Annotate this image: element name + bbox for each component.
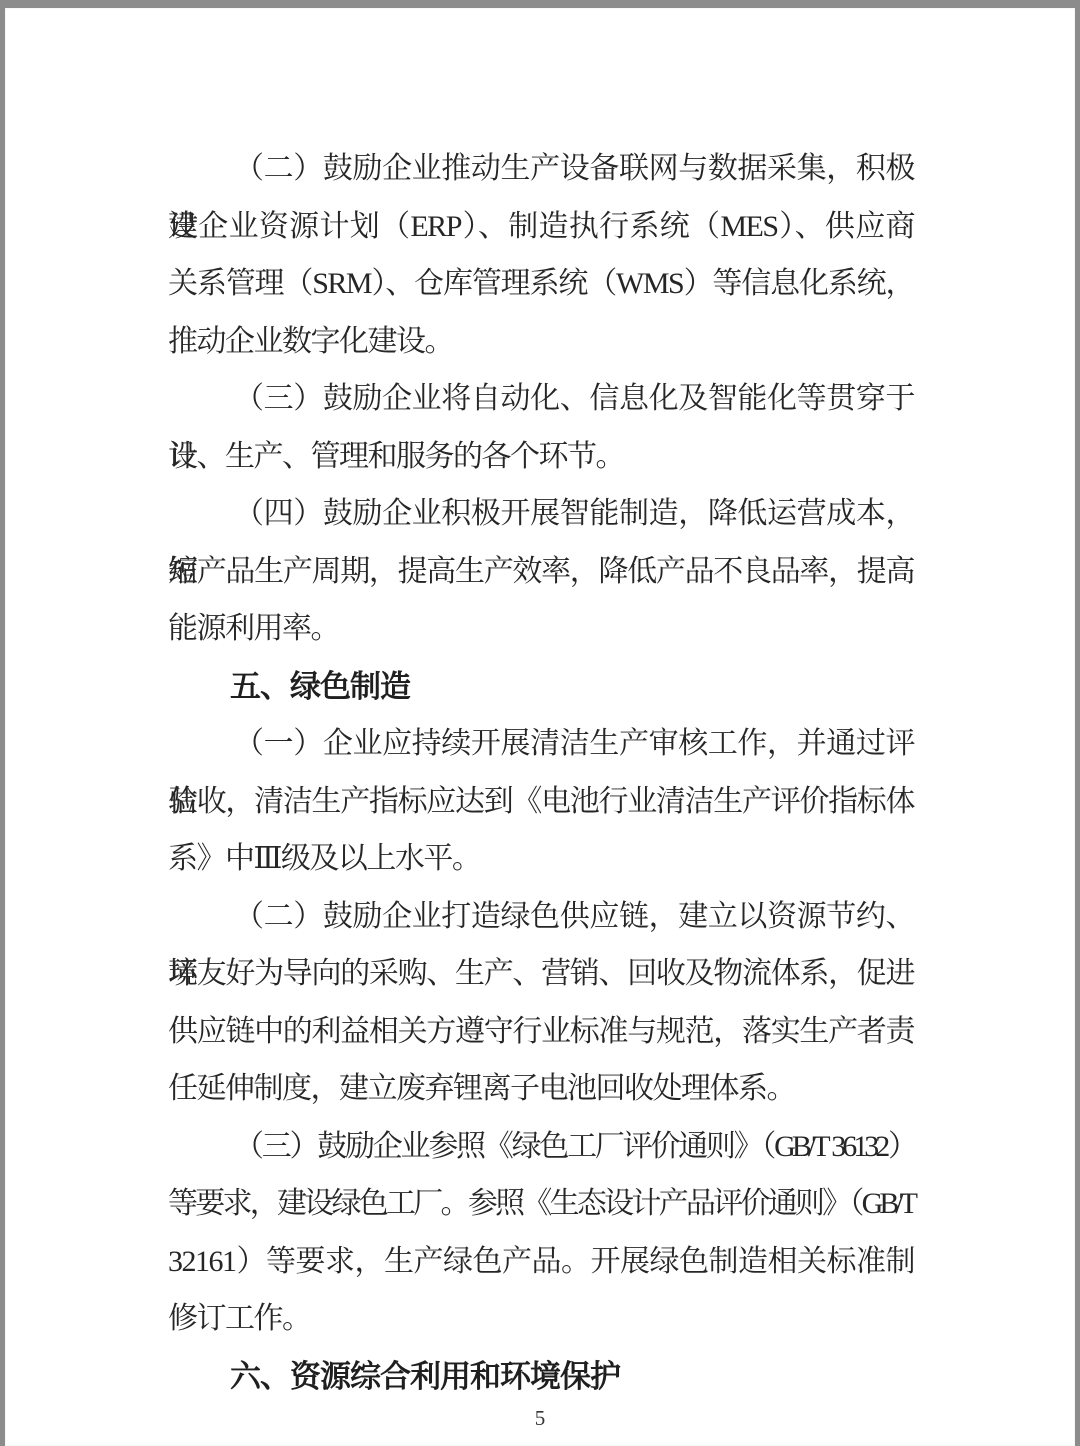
text-line: （三）鼓励企业将自动化、信息化及智能化等贯穿于设 — [168, 370, 914, 428]
text-line: （一）企业应持续开展清洁生产审核工作，并通过评估 — [168, 715, 914, 773]
text-line: 设企业资源计划（ERP）、制造执行系统（MES）、供应商 — [168, 198, 914, 256]
page-number: 5 — [5, 1406, 1075, 1431]
section-heading-green-manufacturing: 五、绿色制造 — [168, 658, 914, 716]
text-line: 任延伸制度，建立废弃锂离子电池回收处理体系。 — [168, 1060, 914, 1118]
text-line: 系》中Ⅲ级及以上水平。 — [168, 830, 914, 888]
text-line: 供应链中的利益相关方遵守行业标准与规范，落实生产者责 — [168, 1003, 914, 1061]
text-line: 短产品生产周期，提高生产效率，降低产品不良品率，提高 — [168, 543, 914, 601]
text-line: 验收，清洁生产指标应达到《电池行业清洁生产评价指标体 — [168, 773, 914, 831]
document-page: （二）鼓励企业推动生产设备联网与数据采集，积极建 设企业资源计划（ERP）、制造… — [5, 8, 1075, 1446]
text-line: （二）鼓励企业打造绿色供应链，建立以资源节约、环 — [168, 888, 914, 946]
text-line: 能源利用率。 — [168, 600, 914, 658]
text-line: （二）鼓励企业推动生产设备联网与数据采集，积极建 — [168, 140, 914, 198]
text-line: （三）鼓励企业参照《绿色工厂评价通则》（GB/T 36132） — [168, 1118, 914, 1176]
text-line: 修订工作。 — [168, 1290, 914, 1348]
section-heading-resource-utilization: 六、资源综合利用和环境保护 — [168, 1348, 914, 1406]
document-text-block: （二）鼓励企业推动生产设备联网与数据采集，积极建 设企业资源计划（ERP）、制造… — [168, 140, 914, 1405]
text-line: （四）鼓励企业积极开展智能制造，降低运营成本，缩 — [168, 485, 914, 543]
text-line: 32161）等要求，生产绿色产品。开展绿色制造相关标准制 — [168, 1233, 914, 1291]
text-line: 等要求，建设绿色工厂。参照《生态设计产品评价通则》（GB/T — [168, 1175, 914, 1233]
text-line: 推动企业数字化建设。 — [168, 313, 914, 371]
text-line: 境友好为导向的采购、生产、营销、回收及物流体系，促进 — [168, 945, 914, 1003]
text-line: 计、生产、管理和服务的各个环节。 — [168, 428, 914, 486]
text-line: 关系管理（SRM）、仓库管理系统（WMS）等信息化系统， — [168, 255, 914, 313]
